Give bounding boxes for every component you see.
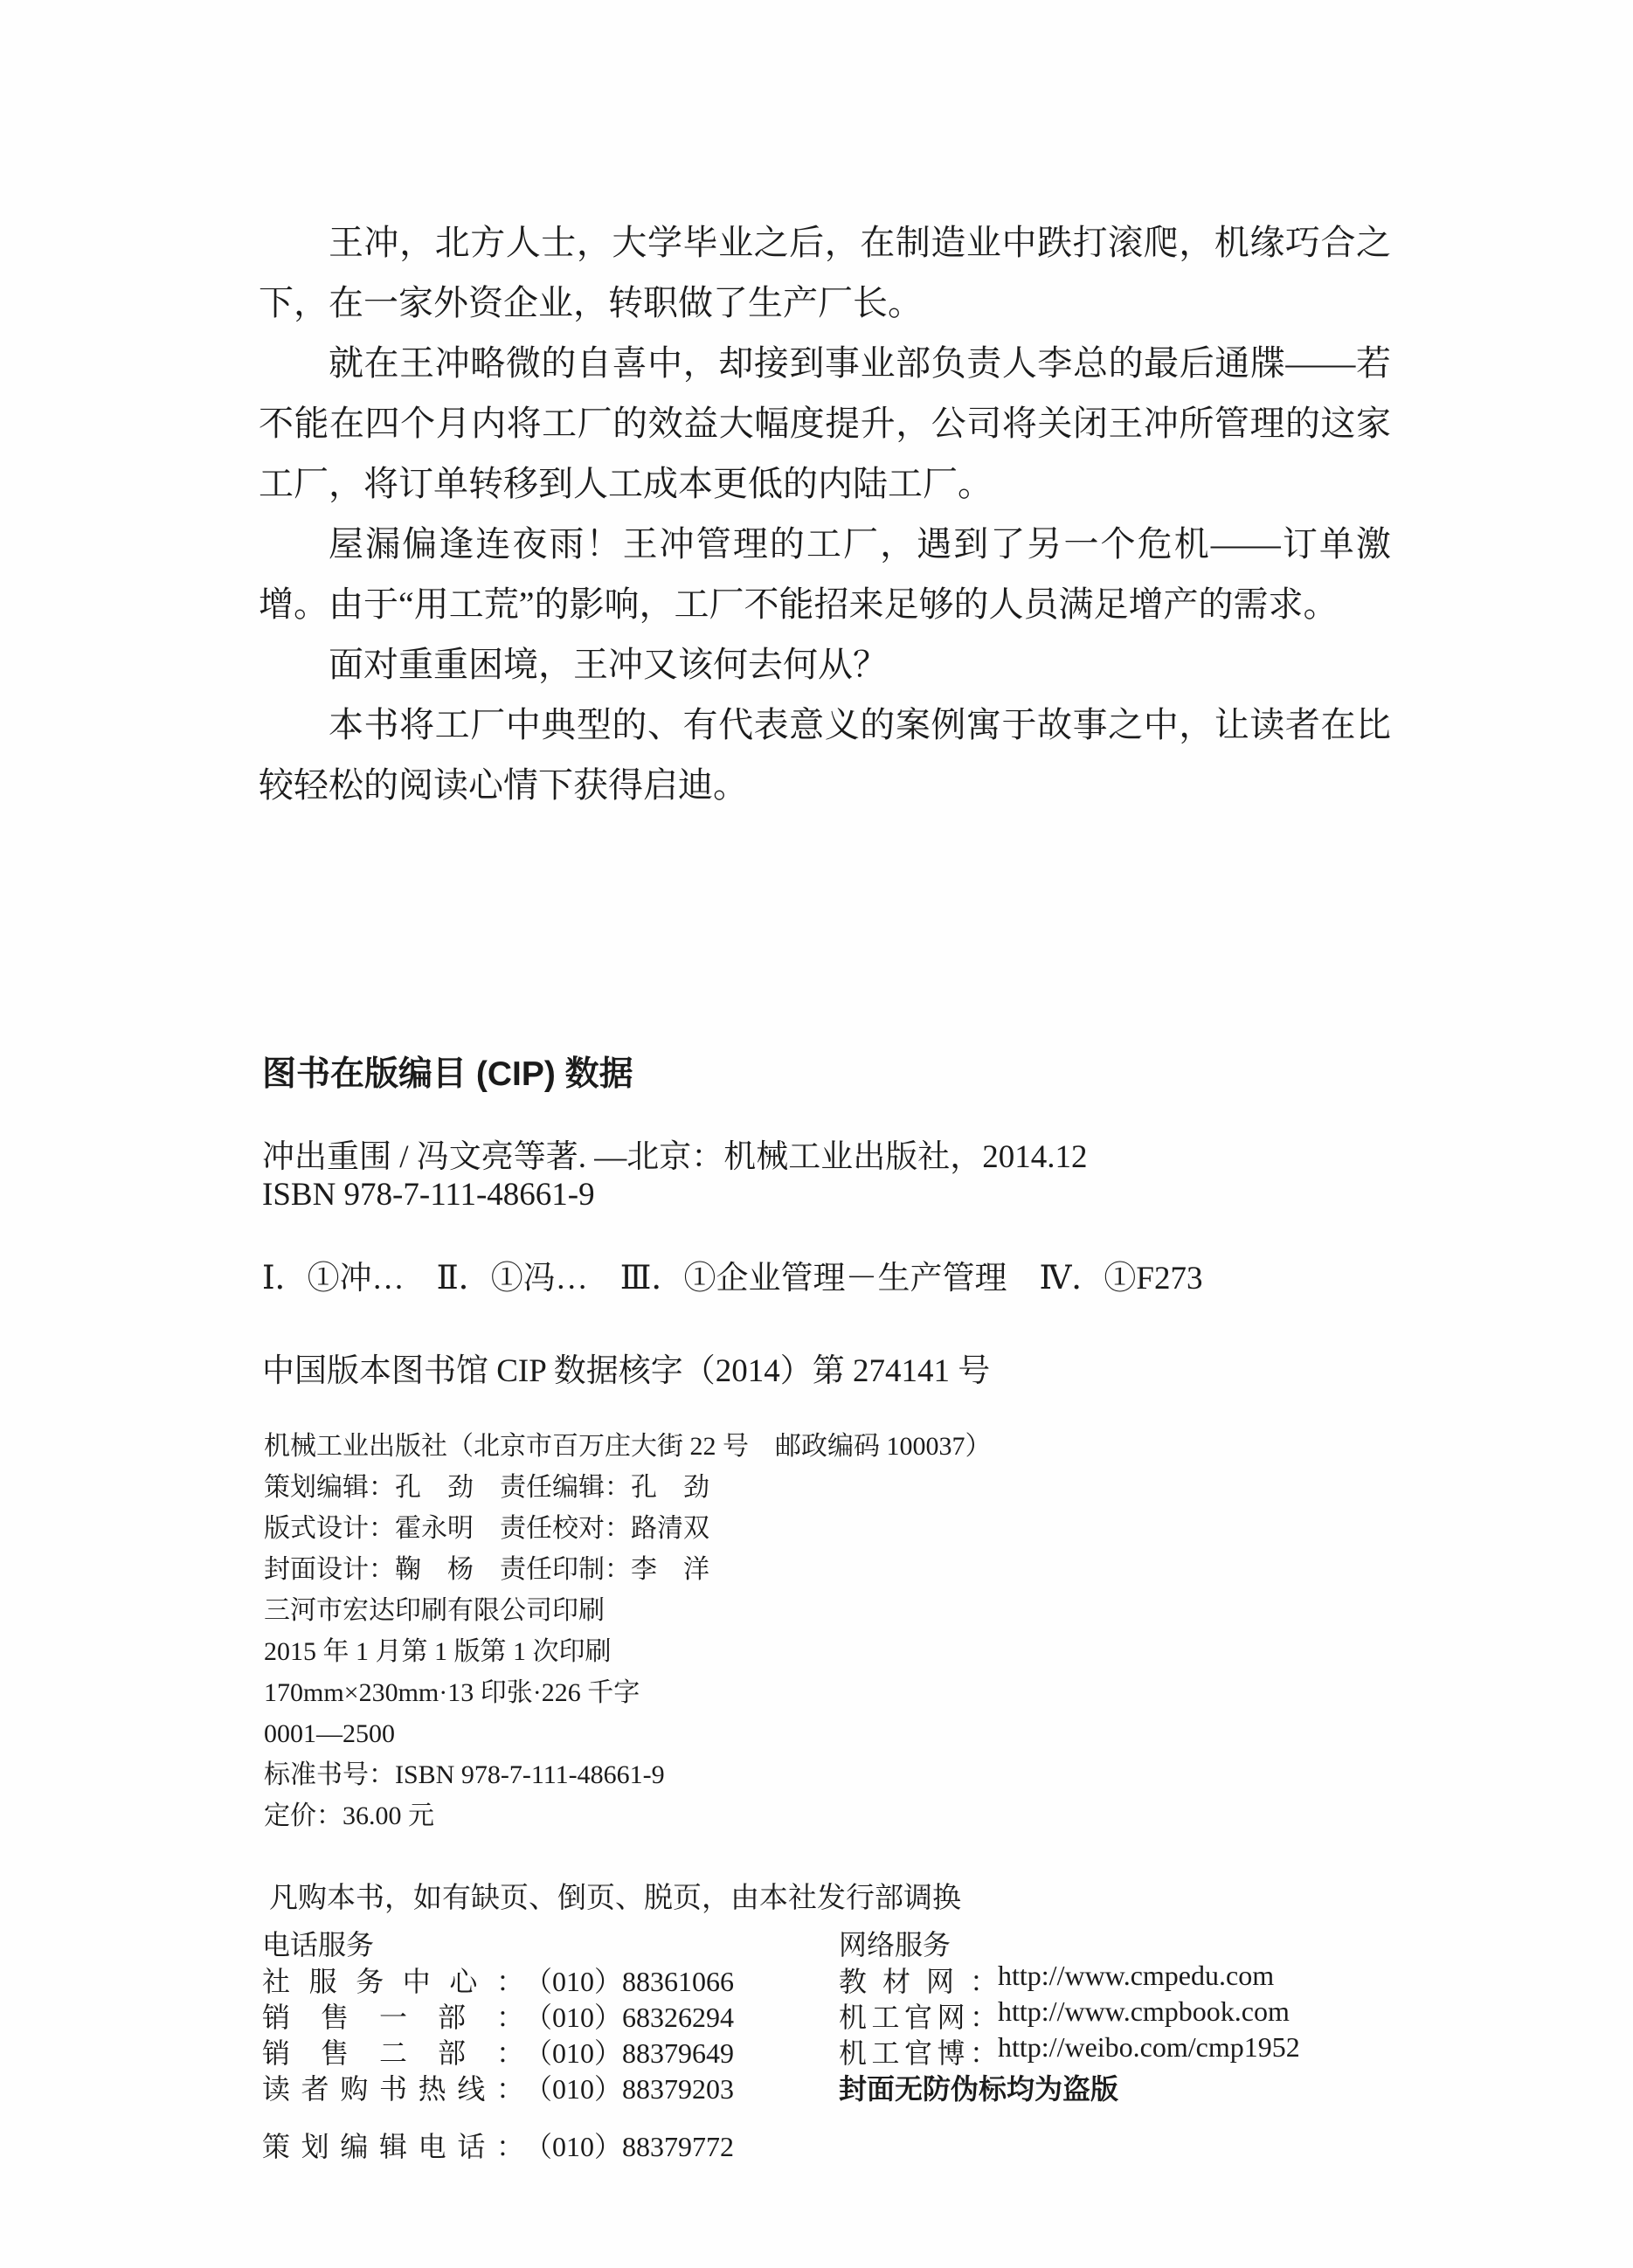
- standard-isbn-line: 标准书号：ISBN 978-7-111-48661-9: [264, 1754, 1400, 1795]
- colophon: 机械工业出版社（北京市百万庄大街 22 号 邮政编码 100037） 策划编辑：…: [264, 1426, 1400, 1836]
- phone-number: （010）88361066: [524, 1966, 734, 1997]
- web-url: http://www.cmpedu.com: [998, 1960, 1274, 1991]
- printer-line: 三河市宏达印刷有限公司印刷: [264, 1590, 1400, 1631]
- cip-heading: 图书在版编目 (CIP) 数据: [262, 1047, 633, 1096]
- price-line: 定价：36.00 元: [264, 1795, 1400, 1836]
- book-synopsis: 王冲，北方人士，大学毕业之后，在制造业中跌打滚爬，机缘巧合之下，在一家外资企业，…: [259, 212, 1391, 815]
- phone-service-label: 读者购书热线：: [262, 2067, 524, 2107]
- format-line: 170mm×230mm·13 印张·226 千字: [264, 1672, 1400, 1713]
- layout-design-line: 版式设计：霍永明 责任校对：路清双: [264, 1508, 1400, 1549]
- cover-design-line: 封面设计：鞠 杨 责任印制：李 洋: [264, 1549, 1400, 1590]
- web-service-label: 机工官网：: [839, 1995, 998, 2036]
- synopsis-paragraph: 本书将工厂中典型的、有代表意义的案例寓于故事之中，让读者在比较轻松的阅读心情下获…: [259, 695, 1391, 815]
- web-service-label: 教材网：: [839, 1960, 998, 2000]
- print-run-line: 0001—2500: [264, 1713, 1400, 1754]
- web-service-header: 网络服务: [839, 1923, 951, 1963]
- web-url: http://weibo.com/cmp1952: [998, 2031, 1300, 2063]
- web-url: http://www.cmpbook.com: [998, 1995, 1290, 2027]
- edition-line: 2015 年 1 月第 1 版第 1 次印刷: [264, 1631, 1400, 1672]
- service-row: 销售二部：（010）88379649 机工官博：http://weibo.com…: [262, 2031, 1415, 2067]
- phone-service-label: 策划编辑电话：: [262, 2125, 524, 2165]
- service-row: 社服务中心：（010）88361066 教材网：http://www.cmped…: [262, 1960, 1415, 1995]
- cip-classification: Ⅰ．①冲… Ⅱ．①冯… Ⅲ．①企业管理－生产管理 Ⅳ．①F273: [262, 1251, 1203, 1298]
- cip-registry-number: 中国版本图书馆 CIP 数据核字（2014）第 274141 号: [262, 1344, 990, 1391]
- publisher-address-line: 机械工业出版社（北京市百万庄大街 22 号 邮政编码 100037）: [264, 1426, 1400, 1467]
- phone-number: （010）68326294: [524, 2002, 734, 2033]
- phone-service-label: 社服务中心：: [262, 1960, 524, 2000]
- synopsis-paragraph: 屋漏偏逢连夜雨！王冲管理的工厂，遇到了另一个危机——订单激增。由于“用工荒”的影…: [259, 514, 1391, 634]
- service-row: 销售一部：（010）68326294 机工官网：http://www.cmpbo…: [262, 1995, 1415, 2031]
- service-contact-block: 凡购本书，如有缺页、倒页、脱页，由本社发行部调换 电话服务 网络服务 社服务中心…: [262, 1875, 1415, 2161]
- phone-number: （010）88379203: [524, 2073, 734, 2105]
- phone-service-label: 销售一部：: [262, 1995, 524, 2036]
- service-column-headers: 电话服务 网络服务: [262, 1923, 1415, 1960]
- phone-service-header: 电话服务: [262, 1929, 374, 1960]
- planning-editor-line: 策划编辑：孔 劲 责任编辑：孔 劲: [264, 1467, 1400, 1508]
- cip-title-line: 冲出重围 / 冯文亮等著. —北京：机械工业出版社，2014.12: [262, 1130, 1088, 1177]
- replacement-notice: 凡购本书，如有缺页、倒页、脱页，由本社发行部调换: [269, 1875, 1415, 1916]
- synopsis-paragraph: 就在王冲略微的自喜中，却接到事业部负责人李总的最后通牒——若不能在四个月内将工厂…: [259, 333, 1391, 514]
- phone-service-label: 销售二部：: [262, 2031, 524, 2071]
- anti-piracy-warning: 封面无防伪标均为盗版: [839, 2073, 1118, 2105]
- synopsis-paragraph: 面对重重困境，王冲又该何去何从？: [259, 634, 1391, 695]
- phone-number: （010）88379772: [524, 2131, 734, 2162]
- service-row: 策划编辑电话：（010）88379772: [262, 2125, 1415, 2161]
- service-row: 读者购书热线：（010）88379203 封面无防伪标均为盗版: [262, 2067, 1415, 2103]
- web-service-label: 机工官博：: [839, 2031, 998, 2071]
- phone-number: （010）88379649: [524, 2037, 734, 2069]
- cip-isbn: ISBN 978-7-111-48661-9: [262, 1176, 595, 1214]
- book-copyright-page: 王冲，北方人士，大学毕业之后，在制造业中跌打滚爬，机缘巧合之下，在一家外资企业，…: [0, 0, 1633, 2268]
- synopsis-paragraph: 王冲，北方人士，大学毕业之后，在制造业中跌打滚爬，机缘巧合之下，在一家外资企业，…: [259, 212, 1391, 333]
